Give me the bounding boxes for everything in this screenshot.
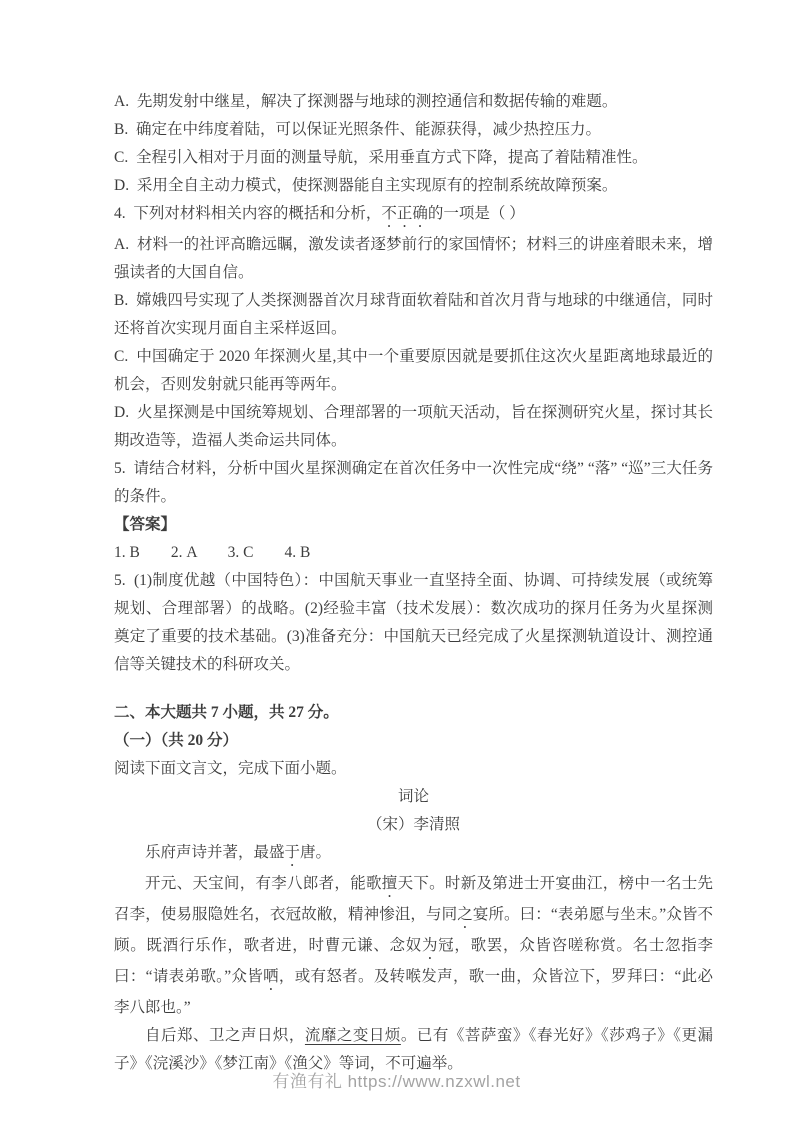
answer-5: 5. (1)制度优越（中国特色）：中国航天事业一直坚持全面、协调、可持续发展（或… [114,567,713,679]
emphasized-text: 哂 [263,968,279,985]
document-body: A. 先期发射中继星，解决了探测器与地球的测控通信和数据传输的难题。B. 确定在… [114,88,713,1078]
document-page: A. 先期发射中继星，解决了探测器与地球的测控通信和数据传输的难题。B. 确定在… [0,0,793,1122]
passage-para-1: 乐府声诗并著，最盛于唐。 [114,839,713,870]
option-3d: D. 采用全自主动力模式，使探测器能自主实现原有的控制系统故障预案。 [114,172,713,200]
passage-author: （宋）李清照 [114,811,713,839]
option-3c: C. 全程引入相对于月面的测量导航，采用垂直方式下降，提高了着陆精准性。 [114,144,713,172]
option-3b: B. 确定在中纬度着陆，可以保证光照条件、能源获得，减少热控压力。 [114,116,713,144]
watermark-footer: 有渔有礼 https://www.nzxwl.net [0,1070,793,1094]
option-4d: D. 火星探测是中国统筹规划、合理部署的一项航天活动，旨在探测研究火星，探讨其长… [114,399,713,455]
emphasized-text: 擅 [382,875,398,892]
part-1-heading: （一）（共 20 分） [114,727,713,755]
passage-title: 词论 [114,783,713,811]
option-3a: A. 先期发射中继星，解决了探测器与地球的测控通信和数据传输的难题。 [114,88,713,116]
emphasized-text: 之 [457,906,473,923]
emphasized-text: 于 [285,844,301,861]
question-4: 4. 下列对材料相关内容的概括和分析，不正确的一项是（ ） [114,200,713,231]
answer-heading: 【答案】 [114,511,713,539]
emphasized-text: 为 [422,937,438,954]
emphasized-text: 不正确 [381,205,428,222]
option-4a: A. 材料一的社评高瞻远瞩，激发读者逐梦前行的家国情怀；材料三的讲座着眼未来，增… [114,231,713,287]
question-5: 5. 请结合材料，分析中国火星探测确定在首次任务中一次性完成“绕” “落” “巡… [114,455,713,511]
section-2-heading: 二、本大题共 7 小题，共 27 分。 [114,699,713,727]
reading-instruction: 阅读下面文言文，完成下面小题。 [114,755,713,783]
underlined-text: 流靡之变日烦 [305,1027,401,1044]
answer-choices: 1. B 2. A 3. C 4. B [114,539,713,567]
passage-para-2: 开元、天宝间，有李八郎者，能歌擅天下。时新及第进士开宴曲江，榜中一名士先召李，使… [114,870,713,1022]
option-4c: C. 中国确定于 2020 年探测火星,其中一个重要原因就是要抓住这次火星距离地… [114,343,713,399]
option-4b: B. 嫦娥四号实现了人类探测器首次月球背面软着陆和首次月背与地球的中继通信，同时… [114,287,713,343]
